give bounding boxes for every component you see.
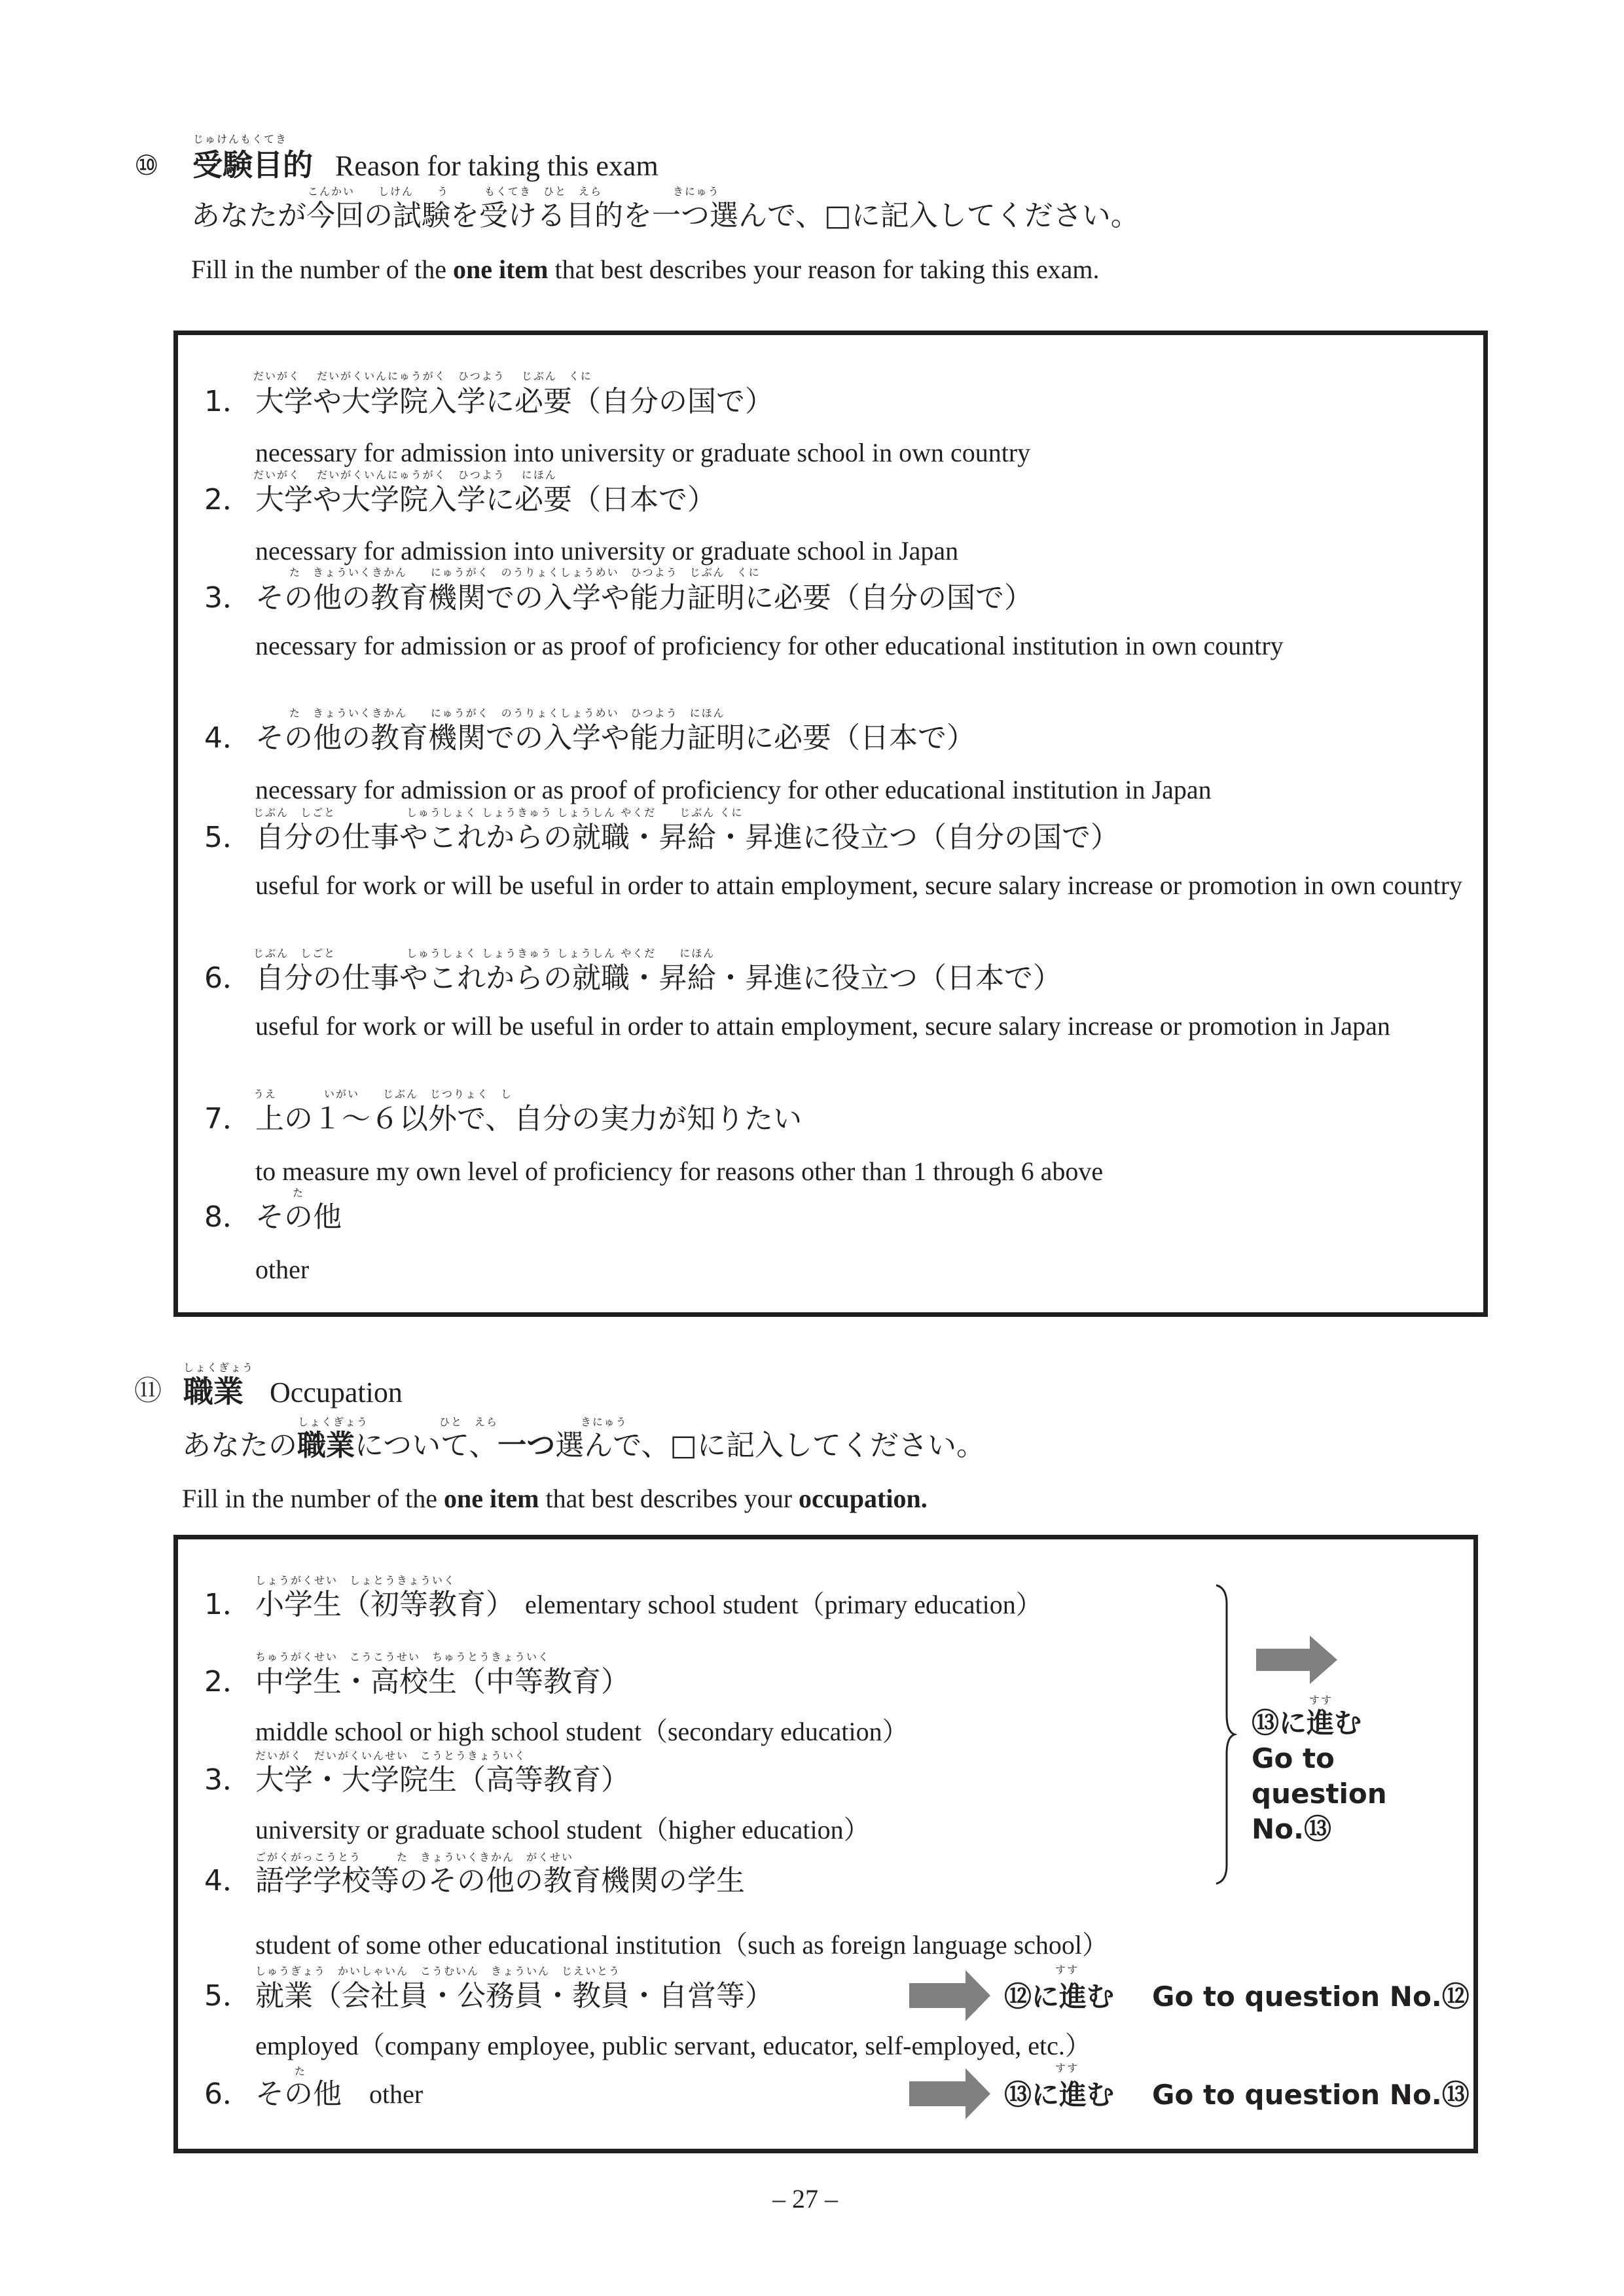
option-label-en: student of some other educational instit… [255, 1932, 1108, 1958]
section-title-en: Reason for taking this exam [335, 152, 659, 181]
option-label-jp: 大学・大学院生（高等教育） [255, 1766, 630, 1795]
option-ruby: しょうがくせい しょとうきょういく [255, 1575, 456, 1586]
option-number: 4． [204, 724, 251, 753]
option-label-en: elementary school student（primary educat… [525, 1592, 1042, 1618]
option-label-en: necessary for admission into university … [255, 538, 958, 564]
section-title-jp: 受験目的 [192, 150, 313, 180]
option-number: 5． [204, 823, 251, 852]
option-ruby: た [295, 2066, 306, 2077]
goto-ruby: すす [1055, 1965, 1079, 1975]
arrow-right-icon [909, 2068, 990, 2119]
option-label-en: other [255, 1257, 309, 1283]
right-brace-icon [1212, 1584, 1245, 1885]
option-label-en: other [369, 2081, 423, 2108]
option-label-jp: その他 [255, 2080, 342, 2109]
instruction-en: Fill in the number of the one item that … [191, 257, 1099, 283]
option-number: 1． [204, 387, 251, 416]
option-label-jp: 中学生・高校生（中等教育） [255, 1668, 630, 1696]
option-ruby: じぶん しごと しゅうしょく しょうきゅう しょうしん やくだ にほん [253, 948, 715, 959]
title-ruby: じゅけんもくてき [193, 134, 287, 145]
option-ruby: だいがく だいがくいんにゅうがく ひつよう にほん [253, 470, 557, 480]
option-ruby: た [293, 1188, 304, 1198]
option-label-en: university or graduate school student（hi… [255, 1817, 870, 1843]
occupation-options-box: しょうがくせい しょとうきょういく 1． 小学生（初等教育） elementar… [173, 1535, 1478, 2153]
option-ruby: しゅうぎょう かいしゃいん こうむいん きょういん じえいとう [255, 1966, 621, 1977]
goto-ruby: すす [1055, 2063, 1079, 2073]
option-label-en: useful for work or will be useful in ord… [255, 864, 1466, 907]
goto-label-jp: ⑬に進む [1252, 1706, 1396, 1741]
option-label-jp: 自分の仕事やこれからの就職・昇給・昇進に役立つ（自分の国で） [255, 823, 1119, 852]
goto-question-12-jp: ⑫に進む [1004, 1983, 1114, 2011]
option-ruby: ごがくがっこうとう た きょういくきかん がくせい [255, 1852, 573, 1863]
option-number: 4． [204, 1867, 251, 1895]
emphasis-occupation-en: occupation. [799, 1484, 928, 1513]
option-number: 8． [204, 1203, 251, 1232]
instruction-en: Fill in the number of the one item that … [182, 1486, 928, 1512]
option-ruby: ちゅうがくせい こうこうせい ちゅうとうきょういく [255, 1652, 550, 1662]
option-number: 3． [204, 584, 251, 613]
goto-question-12-en: Go to question No.⑫ [1152, 1983, 1470, 2011]
instruction-jp: あなたが今回の試験を受ける目的を一つ選んで、□に記入してください。 [191, 202, 1140, 230]
arrow-right-icon [1256, 1636, 1337, 1684]
option-ruby: だいがく だいがくいんせい こうとうきょういく [255, 1751, 526, 1761]
emphasis-one-item: one item [444, 1484, 539, 1513]
emphasis-one-item: one item [453, 255, 549, 284]
goto-label-en: No.⑬ [1252, 1812, 1396, 1847]
goto-ruby: すす [1309, 1695, 1333, 1706]
option-label-en: to measure my own level of proficiency f… [255, 1158, 1103, 1185]
option-label-jp: 就業（会社員・公務員・教員・自営等） [255, 1982, 774, 2011]
question-number-10: ⑩ [134, 152, 159, 179]
option-label-en: useful for work or will be useful in ord… [255, 1005, 1466, 1048]
instruction-ruby: こんかい しけん う もくてき ひと えら きにゅう [308, 187, 720, 197]
page-number: – 27 – [772, 2186, 838, 2212]
option-number: 6． [204, 2080, 251, 2109]
option-label-jp: その他の教育機関での入学や能力証明に必要（自分の国で） [255, 584, 1033, 613]
section-title-jp: 職業 [183, 1376, 244, 1407]
option-number: 7． [204, 1105, 251, 1134]
option-ruby: じぶん しごと しゅうしょく しょうきゅう しょうしん やくだ じぶん くに [253, 808, 743, 818]
option-ruby: た きょういくきかん にゅうがく のうりょくしょうめい ひつよう じぶん くに [289, 567, 761, 578]
emphasis-occupation: 職業 [297, 1429, 355, 1462]
title-ruby: しょくぎょう [183, 1363, 254, 1373]
option-label-jp: 自分の仕事やこれからの就職・昇給・昇進に役立つ（日本で） [255, 964, 1062, 993]
goto-label-en: question [1252, 1776, 1396, 1812]
option-label-jp: その他の教育機関での入学や能力証明に必要（日本で） [255, 724, 975, 753]
option-number: 5． [204, 1982, 251, 2011]
option-label-jp: 語学学校等のその他の教育機関の学生 [255, 1867, 745, 1895]
goto-label-en: Go to [1252, 1741, 1396, 1776]
option-label-en: necessary for admission or as proof of p… [255, 624, 1466, 668]
option-label-en: employed（company employee, public servan… [255, 2033, 1091, 2059]
instruction-jp: あなたの職業について、一つ選んで、□に記入してください。 [182, 1431, 985, 1460]
option-label-en: necessary for admission into university … [255, 440, 1030, 466]
option-label-jp: 大学や大学院入学に必要（自分の国で） [255, 387, 774, 416]
option-number: 2． [204, 486, 251, 514]
goto-question-13-en: Go to question No.⑬ [1152, 2081, 1470, 2109]
option-number: 6． [204, 964, 251, 993]
goto-question-13-jp: ⑬に進む [1004, 2081, 1114, 2109]
question-number-11: ⑪ [134, 1377, 162, 1405]
section-title-en: Occupation [270, 1378, 403, 1407]
reason-options-box: だいがく だいがくいんにゅうがく ひつよう じぶん くに 1． 大学や大学院入学… [173, 331, 1488, 1317]
option-ruby: だいがく だいがくいんにゅうがく ひつよう じぶん くに [253, 371, 592, 382]
option-number: 2． [204, 1668, 251, 1696]
option-label-jp: その他 [255, 1203, 342, 1232]
option-ruby: た きょういくきかん にゅうがく のうりょくしょうめい ひつよう にほん [289, 708, 725, 719]
option-number: 1． [204, 1590, 251, 1619]
option-label-en: middle school or high school student（sec… [255, 1719, 909, 1745]
arrow-right-icon [909, 1970, 990, 2021]
option-label-en: necessary for admission or as proof of p… [255, 777, 1212, 803]
option-label-jp: 小学生（初等教育） [255, 1590, 514, 1619]
option-label-jp: 上の１～６以外で、自分の実力が知りたい [255, 1105, 802, 1134]
instruction-ruby: しょくぎょう ひと えら きにゅう [298, 1417, 628, 1427]
option-number: 3． [204, 1766, 251, 1795]
option-ruby: うえ いがい じぶん じつりょく し [253, 1089, 513, 1100]
option-label-jp: 大学や大学院入学に必要（日本で） [255, 486, 716, 514]
emphasis-one: 一つ [497, 1429, 555, 1462]
